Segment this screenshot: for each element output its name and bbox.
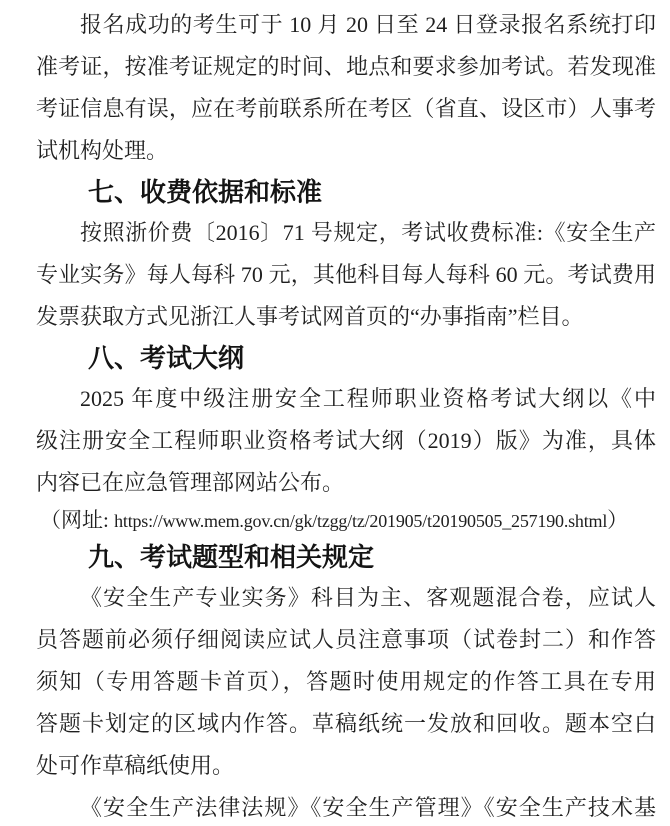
document-line: 按照浙价费〔2016〕71 号规定，考试收费标准:《安全生产 <box>36 212 656 254</box>
document-line: 《安全生产专业实务》科目为主、客观题混合卷，应试人 <box>36 577 656 619</box>
url-text: https://www.mem.gov.cn/gk/tzgg/tz/201905… <box>114 511 607 531</box>
section-heading-syllabus: 八、考试大纲 <box>36 338 656 378</box>
url-prefix: （网址: <box>40 508 114 532</box>
section-heading-question-types: 九、考试题型和相关规定 <box>36 537 656 577</box>
document-line: 发票获取方式见浙江人事考试网首页的“办事指南”栏目。 <box>36 296 656 338</box>
document-line: 内容已在应急管理部网站公布。 <box>36 462 656 504</box>
document-line: 须知（专用答题卡首页），答题时使用规定的作答工具在专用 <box>36 661 656 703</box>
url-line: （网址: https://www.mem.gov.cn/gk/tzgg/tz/2… <box>36 504 656 537</box>
document-line: 员答题前必须仔细阅读应试人员注意事项（试卷封二）和作答 <box>36 619 656 661</box>
document-page: 报名成功的考生可于 10 月 20 日至 24 日登录报名系统打印 准考证，按准… <box>0 0 670 826</box>
document-line: 报名成功的考生可于 10 月 20 日至 24 日登录报名系统打印 <box>36 4 656 46</box>
document-line: 试机构处理。 <box>36 130 656 172</box>
document-line: 准考证，按准考证规定的时间、地点和要求参加考试。若发现准 <box>36 46 656 88</box>
document-line: 处可作草稿纸使用。 <box>36 745 656 787</box>
document-line: 答题卡划定的区域内作答。草稿纸统一发放和回收。题本空白 <box>36 703 656 745</box>
document-line: 考证信息有误，应在考前联系所在考区（省直、设区市）人事考 <box>36 88 656 130</box>
document-line: 《安全生产法律法规》《安全生产管理》《安全生产技术基 <box>36 787 656 826</box>
document-line: 2025 年度中级注册安全工程师职业资格考试大纲以《中 <box>36 378 656 420</box>
document-line: 专业实务》每人每科 70 元，其他科目每人每科 60 元。考试费用 <box>36 254 656 296</box>
document-line: 级注册安全工程师职业资格考试大纲（2019）版》为准，具体 <box>36 420 656 462</box>
url-suffix: ） <box>607 508 628 532</box>
section-heading-fees: 七、收费依据和标准 <box>36 172 656 212</box>
